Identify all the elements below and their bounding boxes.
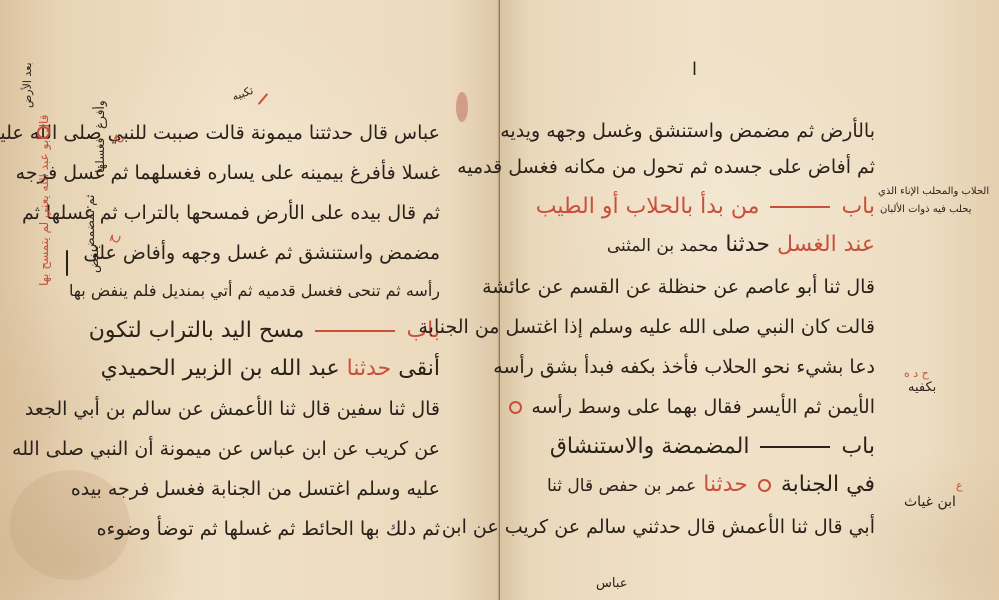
chapter-line: في الجنابة حدثنا عمر بن حفص قال ثنا [547,470,875,501]
header-mark: تكبيه [230,83,256,105]
narrator: عبد الله بن الزبير الحميدي [101,356,340,381]
margin-note-red-lower: ع [956,478,963,494]
margin-gloss-2: يحلب فيه ذوات الألبان [880,202,971,218]
text-line: قال ثنا سفين قال ثنا الأعمش عن سالم بن أ… [25,394,440,424]
chapter-heading-1: باب من بدأ بالحلاب أو الطيب [536,192,875,222]
top-mark: ا [692,62,697,78]
catchword: عباس [596,576,628,592]
haddathana: حدثنا [725,232,770,257]
right-main-text: بالأرض ثم مضمض واستنشق وغسل وجهه ويديه ث… [550,116,875,546]
left-page: تكبيه عباس قال حدثتنا ميمونة قالت صببت ل… [0,0,500,600]
text-line: قالت كان النبي صلى الله عليه وسلم إذا اغ… [418,312,875,342]
chapter-continuation: أنقى [398,356,440,381]
margin-note-mid: بكفيه [908,380,936,396]
haddathana-red: حدثنا [703,472,748,497]
chapter-title: المضمضة والاستنشاق [550,434,750,459]
margin-stroke [66,250,68,276]
text-line: مضمض واستنشق ثم غسل وجهه وأفاض على [83,238,440,268]
left-main-text: عباس قال حدثتنا ميمونة قالت صببت للنبي ص… [140,118,440,538]
margin-note-inner-3: ثم تمضمض [82,195,98,250]
red-roundel [37,126,50,139]
text-line: الأيمن ثم الأيسر فقال بهما على وسط رأسه [506,392,875,422]
margin-note-red-vertical: قال أبو عبد الله يعني لم يتمسح بها [36,115,52,305]
text-line: بالأرض ثم مضمض واستنشق وغسل وجهه ويديه [500,116,875,146]
margin-gloss-1: الحلاب والمحلب الإناء الذي [878,184,989,200]
text-line: قال ثنا أبو عاصم عن حنظلة عن القسم عن عا… [482,272,875,302]
text-line: دعا بشيء نحو الحلاب فأخذ بكفه فبدأ بشق ر… [493,352,875,382]
text-line: رأسه ثم تنحى فغسل قدميه ثم أتي بمنديل فل… [69,276,440,306]
chapter-line: عند الغسل حدثنا محمد بن المثنى [607,230,875,261]
narrator: محمد بن المثنى [607,236,718,256]
red-roundel [758,479,771,492]
bab-label: باب [841,434,875,459]
text-line: عن كريب عن ابن عباس عن ميمونة أن النبي ص… [12,434,440,464]
narrator: عمر بن حفص قال ثنا [547,476,696,496]
chapter-title: من بدأ بالحلاب أو الطيب [536,194,760,219]
text-span: الأيمن ثم الأيسر فقال بهما على وسط رأسه [531,396,875,418]
manuscript-spread: تكبيه عباس قال حدثتنا ميمونة قالت صببت ل… [0,0,999,600]
chapter-line: أنقى حدثنا عبد الله بن الزبير الحميدي [101,354,440,384]
header-red-stroke [258,93,269,105]
margin-note-lower: ابن غياث [904,494,956,510]
text-line: غسلا فأفرغ بيمينه على يساره فغسلهما ثم غ… [16,158,440,188]
right-page: ا بالأرض ثم مضمض واستنشق وغسل وجهه ويديه… [500,0,999,600]
chapter-continuation: في الجنابة [781,472,875,497]
chapter-heading: باب مسح اليد بالتراب لتكون [89,316,440,346]
text-line: عليه وسلم اغتسل من الجنابة فغسل فرجه بيد… [71,474,440,504]
red-stain [456,92,468,122]
black-kashida [760,446,830,448]
chapter-title: مسح اليد بالتراب لتكون [89,318,305,343]
text-line: ثم أفاض على جسده ثم تحول من مكانه فغسل ق… [457,152,875,182]
text-line: عباس قال حدثتنا ميمونة قالت صببت للنبي ص… [0,118,440,148]
red-kashida [770,206,830,208]
margin-note-inner-1: فغسلها [92,138,108,188]
red-roundel [509,401,522,414]
margin-note-inner-4: ينفض [86,245,102,285]
text-line: ثم دلك بها الحائط ثم غسلها ثم توضأ وضوءه [97,514,440,544]
chapter-continuation: عند الغسل [777,232,875,257]
margin-note-inner-2: وأفرغ [92,100,108,140]
margin-note-black-vertical: بعد الأرض [20,62,36,122]
chapter-heading-2: باب المضمضة والاستنشاق [550,432,875,462]
text-line: أبي قال ثنا الأعمش قال حدثني سالم عن كري… [442,512,875,542]
red-kashida [315,330,395,332]
haddathana-red: حدثنا [347,356,392,381]
bab-label: باب [841,194,875,219]
